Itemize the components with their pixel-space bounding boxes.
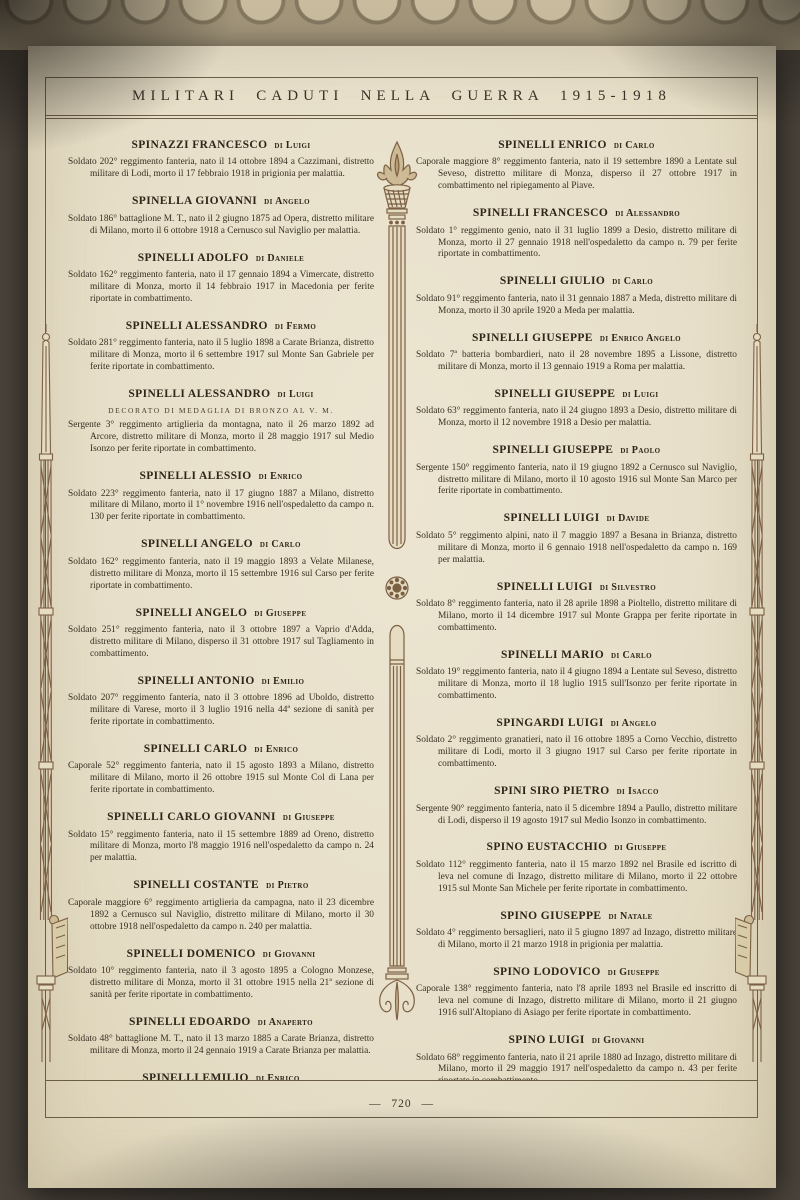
entry-name: SPINO EUSTACCHIO — [487, 841, 608, 853]
entry-name: SPINELLI LUIGI — [497, 581, 593, 593]
entry-name: SPINELLI ANGELO — [141, 538, 253, 550]
entry-heading: SPINELLI COSTANTE di Pietro — [68, 875, 374, 893]
entry-name: SPINELLI COSTANTE — [133, 879, 259, 891]
entry-name: SPINELLI ALESSANDRO — [128, 388, 270, 400]
entry-patronymic: di Giovanni — [263, 949, 316, 960]
entry-patronymic: di Carlo — [612, 276, 653, 287]
entry-name: SPINELLI ANGELO — [136, 607, 248, 619]
entry-name: SPINELLI MARIO — [501, 649, 604, 661]
entry-patronymic: di Angelo — [611, 718, 657, 729]
casualty-entry: SPINELLI ANTONIO di Emilio Soldato 207° … — [68, 671, 374, 729]
entry-body: Soldato 15° reggimento fanteria, nato il… — [68, 830, 374, 866]
casualty-entry: SPINELLI FRANCESCO di Alessandro Soldato… — [416, 203, 737, 261]
casualty-entry: SPINAZZI FRANCESCO di Luigi Soldato 202°… — [68, 135, 374, 181]
entry-heading: SPINELLI ADOLFO di Daniele — [68, 248, 374, 266]
casualty-entry: SPINO LUIGI di Giovanni Soldato 68° regg… — [416, 1030, 737, 1081]
entry-body: Soldato 2° reggimento granatieri, nato i… — [416, 735, 737, 771]
entry-body: Soldato 8° reggimento fanteria, nato il … — [416, 599, 737, 635]
entry-heading: SPINAZZI FRANCESCO di Luigi — [68, 135, 374, 153]
entry-body: Caporale 52° reggimento fanteria, nato i… — [68, 761, 374, 797]
entry-heading: SPINO LUIGI di Giovanni — [416, 1030, 737, 1048]
casualty-entry: SPINELLI CARLO GIOVANNI di Giuseppe Sold… — [68, 807, 374, 865]
entry-patronymic: di Davide — [607, 513, 650, 524]
casualty-entry: SPINELLI LUIGI di Davide Soldato 5° regg… — [416, 508, 737, 566]
entry-patronymic: di Silvestro — [600, 582, 656, 593]
entry-body: Caporale maggiore 6° reggimento artiglie… — [68, 898, 374, 934]
entry-body: Sergente 3° reggimento artiglieria da mo… — [68, 420, 374, 456]
book-page: MILITARI CADUTI NELLA GUERRA 1915-1918 S… — [28, 46, 776, 1188]
casualty-entry: SPINO GIUSEPPE di Natale Soldato 4° regg… — [416, 906, 737, 952]
entry-heading: SPINELLI EDOARDO di Anaperto — [68, 1012, 374, 1030]
casualty-entry: SPINO LODOVICO di Giuseppe Caporale 138°… — [416, 962, 737, 1020]
casualty-entry: SPINELLI LUIGI di Silvestro Soldato 8° r… — [416, 577, 737, 635]
entry-body: Soldato 91° reggimento fanteria, nato il… — [416, 294, 737, 318]
entry-patronymic: di Angelo — [264, 196, 310, 207]
casualty-entry: SPINELLI GIUSEPPE di Luigi Soldato 63° r… — [416, 384, 737, 430]
entry-body: Soldato 10° reggimento fanteria, nato il… — [68, 966, 374, 1002]
entry-patronymic: di Emilio — [262, 676, 305, 687]
entry-heading: SPINELLI GIUSEPPE di Luigi — [416, 384, 737, 402]
entry-body: Caporale 138° reggimento fanteria, nato … — [416, 984, 737, 1020]
entry-heading: SPINELLI ALESSANDRO di Luigi — [68, 384, 374, 402]
entry-heading: SPINELLI ANGELO di Giuseppe — [68, 603, 374, 621]
entry-name: SPINO LODOVICO — [493, 966, 601, 978]
entry-heading: SPINO LODOVICO di Giuseppe — [416, 962, 737, 980]
entry-name: SPINI SIRO PIETRO — [494, 785, 609, 797]
entry-heading: SPINELLA GIOVANNI di Angelo — [68, 191, 374, 209]
entry-patronymic: di Enrico Angelo — [600, 333, 681, 344]
entry-name: SPINELLI ALESSIO — [139, 470, 251, 482]
entry-patronymic: di Enrico — [259, 471, 303, 482]
entry-heading: SPINELLI ALESSANDRO di Fermo — [68, 316, 374, 334]
entry-name: SPINELLI FRANCESCO — [473, 207, 608, 219]
entry-name: SPINELLA GIOVANNI — [132, 195, 257, 207]
entry-body: Soldato 5° reggimento alpini, nato il 7 … — [416, 531, 737, 567]
entry-patronymic: di Pietro — [266, 880, 309, 891]
scalloped-backdrop-edge — [0, 0, 800, 50]
entry-heading: SPINELLI ALESSIO di Enrico — [68, 466, 374, 484]
entry-patronymic: di Fermo — [275, 321, 316, 332]
casualty-entry: SPINELLI ANGELO di Carlo Soldato 162° re… — [68, 534, 374, 592]
entry-patronymic: di Anaperto — [258, 1017, 313, 1028]
casualty-entry: SPINELLI ALESSANDRO di Luigi DECORATO DI… — [68, 384, 374, 456]
entry-heading: SPINGARDI LUIGI di Angelo — [416, 713, 737, 731]
entry-body: Soldato 281° reggimento fanteria, nato i… — [68, 338, 374, 374]
entry-name: SPINELLI ANTONIO — [138, 675, 255, 687]
entry-heading: SPINELLI GIUSEPPE di Paolo — [416, 440, 737, 458]
entry-heading: SPINELLI GIUSEPPE di Enrico Angelo — [416, 328, 737, 346]
entry-patronymic: di Giuseppe — [608, 967, 660, 978]
entry-body: Soldato 202° reggimento fanteria, nato i… — [68, 157, 374, 181]
page-number: — 720 — — [46, 1098, 757, 1110]
entry-patronymic: di Luigi — [274, 140, 310, 151]
entry-body: Caporale maggiore 8° reggimento fanteria… — [416, 157, 737, 193]
entry-patronymic: di Giovanni — [592, 1035, 645, 1046]
entry-patronymic: di Isacco — [617, 786, 659, 797]
entry-body: Soldato 112° reggimento fanteria, nato i… — [416, 860, 737, 896]
entry-body: Soldato 162° reggimento fanteria, nato i… — [68, 557, 374, 593]
entry-name: SPINO GIUSEPPE — [500, 910, 601, 922]
entry-name: SPINELLI GIUSEPPE — [472, 332, 593, 344]
torch-column-ornament — [375, 140, 419, 1040]
entry-name: SPINO LUIGI — [509, 1034, 585, 1046]
entry-heading: SPINELLI CARLO GIOVANNI di Giuseppe — [68, 807, 374, 825]
entry-heading: SPINELLI FRANCESCO di Alessandro — [416, 203, 737, 221]
entry-heading: SPINI SIRO PIETRO di Isacco — [416, 781, 737, 799]
entry-body: Soldato 186° battaglione M. T., nato il … — [68, 214, 374, 238]
entry-body: Soldato 4° reggimento bersaglieri, nato … — [416, 928, 737, 952]
entry-body: Soldato 207° reggimento fanteria, nato i… — [68, 693, 374, 729]
entry-patronymic: di Natale — [608, 911, 652, 922]
entry-patronymic: di Daniele — [256, 253, 304, 264]
entry-body: Soldato 251° reggimento fanteria, nato i… — [68, 625, 374, 661]
entry-name: SPINGARDI LUIGI — [496, 717, 603, 729]
casualty-entry: SPINELLI ALESSIO di Enrico Soldato 223° … — [68, 466, 374, 524]
entry-body: Soldato 63° reggimento fanteria, nato il… — [416, 406, 737, 430]
entry-heading: SPINELLI ENRICO di Carlo — [416, 135, 737, 153]
entry-heading: SPINO EUSTACCHIO di Giuseppe — [416, 837, 737, 855]
entry-body: Soldato 223° reggimento fanteria, nato i… — [68, 489, 374, 525]
column-right: SPINELLI ENRICO di Carlo Caporale maggio… — [416, 135, 737, 1081]
right-spear-banner-ornament — [735, 324, 779, 1062]
casualty-entry: SPINELLI MARIO di Carlo Soldato 19° regg… — [416, 645, 737, 703]
entry-name: SPINELLI GIULIO — [500, 275, 605, 287]
entry-heading: SPINELLI CARLO di Enrico — [68, 739, 374, 757]
entry-patronymic: di Giuseppe — [283, 812, 335, 823]
entry-name: SPINELLI ADOLFO — [138, 252, 249, 264]
entry-patronymic: di Giuseppe — [254, 608, 306, 619]
entry-patronymic: di Alessandro — [615, 208, 680, 219]
entry-name: SPINELLI EDOARDO — [129, 1016, 251, 1028]
entry-body: Soldato 19° reggimento fanteria, nato il… — [416, 667, 737, 703]
entry-body: Soldato 162° reggimento fanteria, nato i… — [68, 270, 374, 306]
entry-patronymic: di Giuseppe — [614, 842, 666, 853]
page-header: MILITARI CADUTI NELLA GUERRA 1915-1918 — [46, 78, 757, 116]
entry-body: Soldato 1° reggimento genio, nato il 31 … — [416, 226, 737, 262]
casualty-entry: SPINELLI EDOARDO di Anaperto Soldato 48°… — [68, 1012, 374, 1058]
casualty-entry: SPINELLI GIULIO di Carlo Soldato 91° reg… — [416, 271, 737, 317]
casualty-entry: SPINELLI DOMENICO di Giovanni Soldato 10… — [68, 944, 374, 1002]
entry-name: SPINELLI CARLO GIOVANNI — [107, 811, 276, 823]
column-left: SPINAZZI FRANCESCO di Luigi Soldato 202°… — [68, 135, 374, 1081]
entry-body: Soldato 48° battaglione M. T., nato il 1… — [68, 1034, 374, 1058]
entry-body: Soldato 7ª batteria bombardieri, nato il… — [416, 350, 737, 374]
entry-name: SPINELLI CARLO — [144, 743, 248, 755]
entry-heading: SPINO GIUSEPPE di Natale — [416, 906, 737, 924]
casualty-entry: SPINELLI ALESSANDRO di Fermo Soldato 281… — [68, 316, 374, 374]
entry-name: SPINELLI GIUSEPPE — [495, 388, 616, 400]
entry-heading: SPINELLI LUIGI di Davide — [416, 508, 737, 526]
casualty-entry: SPINGARDI LUIGI di Angelo Soldato 2° reg… — [416, 713, 737, 771]
entry-heading: SPINELLI MARIO di Carlo — [416, 645, 737, 663]
entry-name: SPINAZZI FRANCESCO — [131, 139, 267, 151]
entry-patronymic: di Carlo — [611, 650, 652, 661]
casualty-entry: SPINELLI COSTANTE di Pietro Caporale mag… — [68, 875, 374, 933]
entry-heading: SPINELLI ANGELO di Carlo — [68, 534, 374, 552]
entry-body: Sergente 90° reggimento fanteria, nato i… — [416, 804, 737, 828]
entry-patronymic: di Luigi — [278, 389, 314, 400]
entry-name: SPINELLI ALESSANDRO — [126, 320, 268, 332]
left-spear-banner-ornament — [24, 324, 68, 1062]
entry-name: SPINELLI DOMENICO — [127, 948, 256, 960]
entry-body: Sergente 150° reggimento fanteria, nato … — [416, 463, 737, 499]
entry-patronymic: di Carlo — [614, 140, 655, 151]
entry-decoration: DECORATO DI MEDAGLIA DI BRONZO AL V. M. — [68, 406, 374, 415]
entry-name: SPINELLI ENRICO — [498, 139, 607, 151]
entry-heading: SPINELLI LUIGI di Silvestro — [416, 577, 737, 595]
entry-heading: SPINELLI DOMENICO di Giovanni — [68, 944, 374, 962]
casualty-entry: SPINELLI ADOLFO di Daniele Soldato 162° … — [68, 248, 374, 306]
entry-name: SPINELLI LUIGI — [504, 512, 600, 524]
entry-patronymic: di Luigi — [622, 389, 658, 400]
page-title: MILITARI CADUTI NELLA GUERRA 1915-1918 — [132, 88, 671, 105]
casualty-entry: SPINELLI GIUSEPPE di Enrico Angelo Solda… — [416, 328, 737, 374]
casualty-entry: SPINELLI ANGELO di Giuseppe Soldato 251°… — [68, 603, 374, 661]
entry-patronymic: di Carlo — [260, 539, 301, 550]
casualty-entry: SPINI SIRO PIETRO di Isacco Sergente 90°… — [416, 781, 737, 827]
entry-heading: SPINELLI GIULIO di Carlo — [416, 271, 737, 289]
entry-patronymic: di Paolo — [620, 445, 660, 456]
casualty-entry: SPINO EUSTACCHIO di Giuseppe Soldato 112… — [416, 837, 737, 895]
entry-patronymic: di Enrico — [254, 744, 298, 755]
casualty-entry: SPINELLA GIOVANNI di Angelo Soldato 186°… — [68, 191, 374, 237]
photo-backdrop: MILITARI CADUTI NELLA GUERRA 1915-1918 S… — [0, 0, 800, 1200]
casualty-entry: SPINELLI ENRICO di Carlo Caporale maggio… — [416, 135, 737, 193]
casualty-entry: SPINELLI GIUSEPPE di Paolo Sergente 150°… — [416, 440, 737, 498]
casualty-entry: SPINELLI CARLO di Enrico Caporale 52° re… — [68, 739, 374, 797]
footer-rule — [45, 1080, 758, 1081]
entry-name: SPINELLI GIUSEPPE — [492, 444, 613, 456]
entry-heading: SPINELLI ANTONIO di Emilio — [68, 671, 374, 689]
entry-body: Soldato 68° reggimento fanteria, nato il… — [416, 1053, 737, 1081]
